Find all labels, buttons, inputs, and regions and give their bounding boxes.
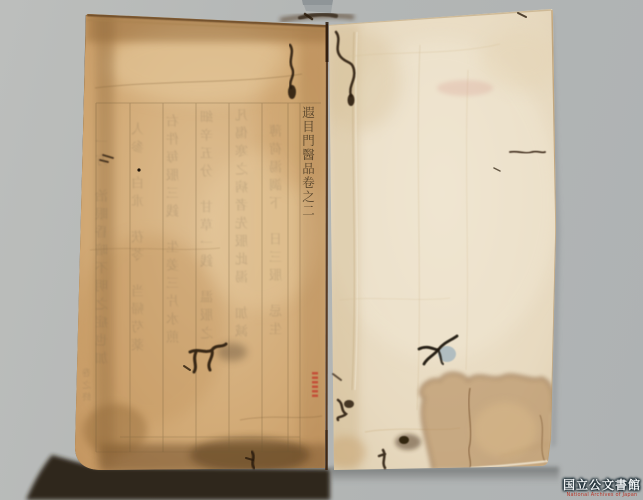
right-page — [320, 9, 560, 470]
binding-gap — [302, 0, 333, 13]
watermark-subtitle: National Archives of Japan — [563, 492, 641, 498]
red-stamp — [312, 372, 318, 399]
spine-title-text: 遐目門醫品卷之二 — [301, 106, 314, 246]
watermark: 国立公文書館 National Archives of Japan — [563, 476, 641, 498]
book-photo-svg — [0, 0, 643, 500]
book-spine — [327, 22, 328, 470]
watermark-title: 国立公文書館 — [563, 476, 641, 493]
archive-photo: 一方 治眼昏暗不明之症也加 人参 白朮 茯苓 当帰芍薬 右件毎服三銭 生姜三片水… — [0, 0, 643, 500]
faded-seal — [437, 80, 493, 96]
